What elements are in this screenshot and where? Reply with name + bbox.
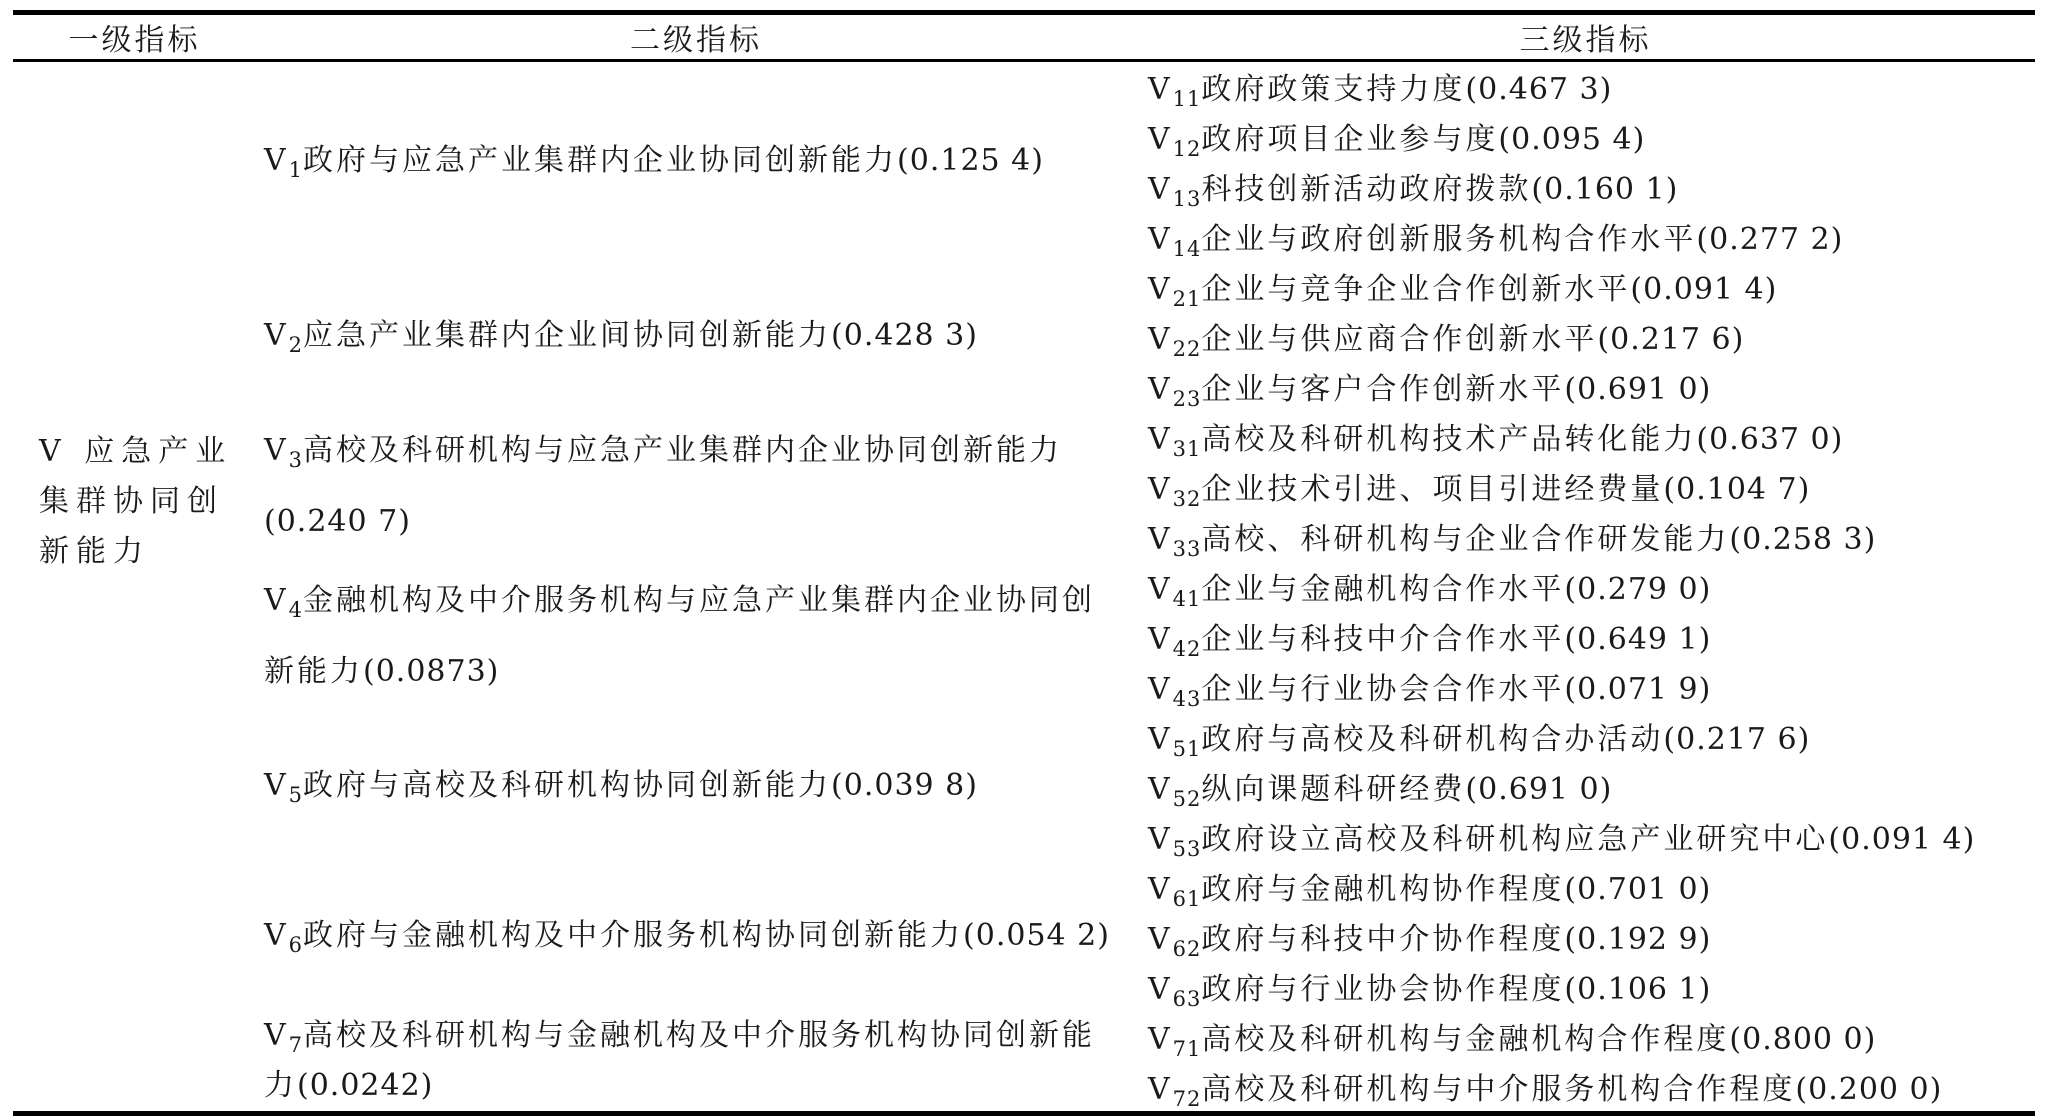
indicator-text: 企业与供应商合作创新水平: [1201, 322, 1597, 357]
indicator-weight: (0.200 0): [1795, 1072, 1942, 1107]
indicator-text: 企业与竞争企业合作创新水平: [1201, 272, 1630, 307]
indicator-weight: (0.095 4): [1498, 122, 1645, 157]
indicator-code: V: [1148, 72, 1173, 107]
indicator-subscript: 12: [1173, 137, 1202, 161]
primary-indicator-label: V 应急产业集群协同创新能力: [39, 434, 232, 569]
indicator-code: V: [264, 1018, 289, 1053]
indicator-weight: (0.467 3): [1465, 72, 1612, 107]
indicator-weight: (0.691 0): [1465, 772, 1612, 807]
indicator-subscript: 72: [1173, 1087, 1202, 1111]
tertiary-indicator-v72: V72高校及科研机构与中介服务机构合作程度(0.200 0): [1136, 1062, 2035, 1113]
table-row: V2应急产业集群内企业间协同创新能力(0.428 3) V21企业与竞争企业合作…: [13, 261, 2035, 311]
indicator-text: 政府与高校及科研机构合办活动: [1201, 722, 1663, 757]
indicator-subscript: 61: [1173, 887, 1202, 911]
indicator-text: 企业与政府创新服务机构合作水平: [1201, 222, 1696, 257]
document-page: 一级指标 二级指标 三级指标 V 应急产业集群协同创新能力 V1政府与应急产业集…: [0, 0, 2048, 1120]
indicator-weight: (0.054 2): [963, 918, 1110, 953]
indicator-subscript: 43: [1173, 687, 1202, 711]
indicator-text: 企业技术引进、项目引进经费量: [1201, 472, 1663, 507]
tertiary-indicator-v23: V23企业与客户合作创新水平(0.691 0): [1136, 361, 2035, 411]
indicator-weight: (0.0242): [297, 1068, 433, 1103]
indicator-weight: (0.106 1): [1564, 972, 1711, 1007]
indicator-text: 企业与科技中介合作水平: [1201, 622, 1564, 657]
secondary-indicator-v7: V7高校及科研机构与金融机构及中介服务机构协同创新能力(0.0242): [256, 1011, 1136, 1114]
tertiary-indicator-v42: V42企业与科技中介合作水平(0.649 1): [1136, 611, 2035, 661]
indicator-text: 政府与金融机构协作程度: [1201, 872, 1564, 907]
indicator-weight: (0.091 4): [1630, 272, 1777, 307]
indicator-weight: (0.217 6): [1597, 322, 1744, 357]
indicator-subscript: 11: [1173, 87, 1202, 111]
indicator-code: V: [264, 433, 289, 468]
indicator-code: V: [1148, 922, 1173, 957]
tertiary-indicator-v12: V12政府项目企业参与度(0.095 4): [1136, 111, 2035, 161]
indicator-subscript: 13: [1173, 187, 1202, 211]
tertiary-indicator-v61: V61政府与金融机构协作程度(0.701 0): [1136, 861, 2035, 911]
indicator-subscript: 31: [1173, 437, 1202, 461]
indicator-code: V: [264, 583, 289, 618]
secondary-indicator-v3: V3高校及科研机构与应急产业集群内企业协同创新能力(0.240 7): [256, 411, 1136, 561]
primary-indicator-cell: V 应急产业集群协同创新能力: [13, 61, 256, 1114]
indicator-subscript: 1: [289, 158, 303, 182]
indicator-code: V: [1148, 372, 1173, 407]
indicator-subscript: 6: [289, 933, 303, 957]
indicator-weight: (0.279 0): [1564, 572, 1711, 607]
indicator-code: V: [1148, 872, 1173, 907]
table-row: V 应急产业集群协同创新能力 V1政府与应急产业集群内企业协同创新能力(0.12…: [13, 61, 2035, 111]
tertiary-indicator-v14: V14企业与政府创新服务机构合作水平(0.277 2): [1136, 211, 2035, 261]
indicator-text: 高校、科研机构与企业合作研发能力: [1201, 522, 1729, 557]
tertiary-indicator-v52: V52纵向课题科研经费(0.691 0): [1136, 761, 2035, 811]
indicator-code: V: [1148, 972, 1173, 1007]
indicator-text: 政府政策支持力度: [1201, 72, 1465, 107]
indicator-weight: (0.691 0): [1564, 372, 1711, 407]
indicator-text: 企业与行业协会合作水平: [1201, 672, 1564, 707]
indicator-subscript: 7: [289, 1033, 303, 1057]
tertiary-indicator-v31: V31高校及科研机构技术产品转化能力(0.637 0): [1136, 411, 2035, 461]
tertiary-indicator-v33: V33高校、科研机构与企业合作研发能力(0.258 3): [1136, 511, 2035, 561]
indicator-code: V: [1148, 422, 1173, 457]
indicator-weight: (0.125 4): [897, 143, 1044, 178]
indicator-weight: (0.428 3): [831, 318, 978, 353]
indicator-code: V: [264, 143, 289, 178]
indicator-text: 应急产业集群内企业间协同创新能力: [303, 318, 831, 353]
indicator-subscript: 32: [1173, 487, 1202, 511]
indicator-table: 一级指标 二级指标 三级指标 V 应急产业集群协同创新能力 V1政府与应急产业集…: [13, 10, 2035, 1116]
indicator-subscript: 71: [1173, 1037, 1202, 1061]
indicator-subscript: 3: [289, 448, 303, 472]
indicator-weight: (0.160 1): [1531, 172, 1678, 207]
indicator-code: V: [1148, 322, 1173, 357]
indicator-code: V: [1148, 822, 1173, 857]
header-row: 一级指标 二级指标 三级指标: [13, 13, 2035, 61]
tertiary-indicator-v51: V51政府与高校及科研机构合办活动(0.217 6): [1136, 711, 2035, 761]
tertiary-indicator-v21: V21企业与竞争企业合作创新水平(0.091 4): [1136, 261, 2035, 311]
table-row: V7高校及科研机构与金融机构及中介服务机构协同创新能力(0.0242) V71高…: [13, 1011, 2035, 1062]
indicator-code: V: [1148, 1072, 1173, 1107]
indicator-weight: (0.258 3): [1729, 522, 1876, 557]
tertiary-indicator-v71: V71高校及科研机构与金融机构合作程度(0.800 0): [1136, 1011, 2035, 1062]
indicator-code: V: [264, 918, 289, 953]
indicator-text: 政府与金融机构及中介服务机构协同创新能力: [303, 918, 963, 953]
indicator-weight: (0.039 8): [831, 768, 978, 803]
indicator-weight: (0.071 9): [1564, 672, 1711, 707]
indicator-subscript: 53: [1173, 837, 1202, 861]
tertiary-indicator-v53: V53政府设立高校及科研机构应急产业研究中心(0.091 4): [1136, 811, 2035, 861]
indicator-text: 政府项目企业参与度: [1201, 122, 1498, 157]
tertiary-indicator-v22: V22企业与供应商合作创新水平(0.217 6): [1136, 311, 2035, 361]
secondary-indicator-v2: V2应急产业集群内企业间协同创新能力(0.428 3): [256, 261, 1136, 411]
indicator-subscript: 51: [1173, 737, 1202, 761]
indicator-weight: (0.192 9): [1564, 922, 1711, 957]
indicator-subscript: 22: [1173, 337, 1202, 361]
table-row: V5政府与高校及科研机构协同创新能力(0.039 8) V51政府与高校及科研机…: [13, 711, 2035, 761]
indicator-weight: (0.637 0): [1696, 422, 1843, 457]
table-row: V3高校及科研机构与应急产业集群内企业协同创新能力(0.240 7) V31高校…: [13, 411, 2035, 461]
indicator-code: V: [1148, 1022, 1173, 1057]
tertiary-indicator-v32: V32企业技术引进、项目引进经费量(0.104 7): [1136, 461, 2035, 511]
table-row: V6政府与金融机构及中介服务机构协同创新能力(0.054 2) V61政府与金融…: [13, 861, 2035, 911]
indicator-text: 政府与行业协会协作程度: [1201, 972, 1564, 1007]
indicator-code: V: [1148, 472, 1173, 507]
header-level1: 一级指标: [13, 13, 256, 61]
indicator-weight: (0.217 6): [1663, 722, 1810, 757]
indicator-weight: (0.800 0): [1729, 1022, 1876, 1057]
indicator-weight: (0.701 0): [1564, 872, 1711, 907]
header-level2: 二级指标: [256, 13, 1136, 61]
indicator-weight: (0.240 7): [264, 504, 411, 539]
indicator-text: 高校及科研机构与中介服务机构合作程度: [1201, 1072, 1795, 1107]
tertiary-indicator-v13: V13科技创新活动政府拨款(0.160 1): [1136, 161, 2035, 211]
indicator-code: V: [1148, 222, 1173, 257]
indicator-text: 企业与金融机构合作水平: [1201, 572, 1564, 607]
indicator-text: 企业与客户合作创新水平: [1201, 372, 1564, 407]
secondary-indicator-v5: V5政府与高校及科研机构协同创新能力(0.039 8): [256, 711, 1136, 861]
secondary-indicator-v6: V6政府与金融机构及中介服务机构协同创新能力(0.054 2): [256, 861, 1136, 1011]
indicator-text: 纵向课题科研经费: [1201, 772, 1465, 807]
table-body: V 应急产业集群协同创新能力 V1政府与应急产业集群内企业协同创新能力(0.12…: [13, 61, 2035, 1114]
tertiary-indicator-v41: V41企业与金融机构合作水平(0.279 0): [1136, 561, 2035, 611]
indicator-text: 高校及科研机构技术产品转化能力: [1201, 422, 1696, 457]
indicator-subscript: 63: [1173, 987, 1202, 1011]
indicator-weight: (0.649 1): [1564, 622, 1711, 657]
indicator-subscript: 21: [1173, 287, 1202, 311]
indicator-text: 政府与科技中介协作程度: [1201, 922, 1564, 957]
indicator-code: V: [1148, 122, 1173, 157]
tertiary-indicator-v11: V11政府政策支持力度(0.467 3): [1136, 61, 2035, 111]
indicator-code: V: [1148, 522, 1173, 557]
indicator-subscript: 42: [1173, 637, 1202, 661]
indicator-code: V: [1148, 172, 1173, 207]
indicator-weight: (0.0873): [363, 654, 499, 689]
indicator-code: V: [1148, 622, 1173, 657]
indicator-text: 政府设立高校及科研机构应急产业研究中心: [1201, 822, 1828, 857]
indicator-subscript: 52: [1173, 787, 1202, 811]
table-header: 一级指标 二级指标 三级指标: [13, 13, 2035, 61]
indicator-text: 政府与应急产业集群内企业协同创新能力: [303, 143, 897, 178]
indicator-subscript: 23: [1173, 387, 1202, 411]
tertiary-indicator-v43: V43企业与行业协会合作水平(0.071 9): [1136, 661, 2035, 711]
indicator-code: V: [264, 768, 289, 803]
tertiary-indicator-v62: V62政府与科技中介协作程度(0.192 9): [1136, 911, 2035, 961]
indicator-code: V: [1148, 272, 1173, 307]
indicator-weight: (0.104 7): [1663, 472, 1810, 507]
indicator-text: 高校及科研机构与金融机构合作程度: [1201, 1022, 1729, 1057]
indicator-text: 政府与高校及科研机构协同创新能力: [303, 768, 831, 803]
indicator-weight: (0.091 4): [1828, 822, 1975, 857]
indicator-subscript: 41: [1173, 587, 1202, 611]
indicator-code: V: [1148, 572, 1173, 607]
indicator-subscript: 5: [289, 783, 303, 807]
indicator-code: V: [1148, 672, 1173, 707]
indicator-text: 科技创新活动政府拨款: [1201, 172, 1531, 207]
secondary-indicator-v1: V1政府与应急产业集群内企业协同创新能力(0.125 4): [256, 61, 1136, 261]
header-level3: 三级指标: [1136, 13, 2035, 61]
indicator-subscript: 14: [1173, 237, 1202, 261]
indicator-code: V: [1148, 772, 1173, 807]
tertiary-indicator-v63: V63政府与行业协会协作程度(0.106 1): [1136, 961, 2035, 1011]
indicator-subscript: 4: [289, 598, 303, 622]
indicator-subscript: 33: [1173, 537, 1202, 561]
indicator-code: V: [1148, 722, 1173, 757]
indicator-text: 高校及科研机构与应急产业集群内企业协同创新能力: [303, 433, 1062, 468]
indicator-subscript: 62: [1173, 937, 1202, 961]
table-row: V4金融机构及中介服务机构与应急产业集群内企业协同创新能力(0.0873) V4…: [13, 561, 2035, 611]
secondary-indicator-v4: V4金融机构及中介服务机构与应急产业集群内企业协同创新能力(0.0873): [256, 561, 1136, 711]
indicator-code: V: [264, 318, 289, 353]
indicator-weight: (0.277 2): [1696, 222, 1843, 257]
indicator-subscript: 2: [289, 333, 303, 357]
